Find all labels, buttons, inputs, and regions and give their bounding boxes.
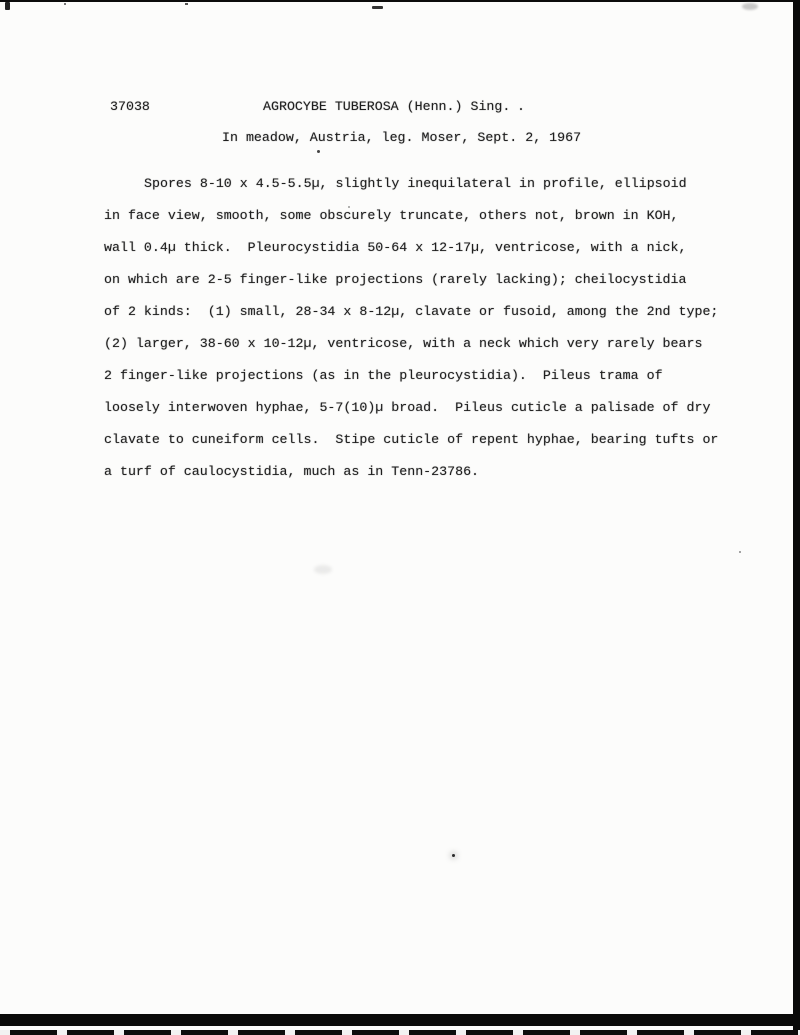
- collection-line: In meadow, Austria, leg. Moser, Sept. 2,…: [222, 130, 581, 145]
- typed-line: clavate to cuneiform cells. Stipe cuticl…: [104, 424, 718, 456]
- typed-line: Spores 8-10 x 4.5-5.5µ, slightly inequil…: [104, 168, 718, 200]
- typed-line: a turf of caulocystidia, much as in Tenn…: [104, 456, 718, 488]
- typed-line: loosely interwoven hyphae, 5-7(10)µ broa…: [104, 392, 718, 424]
- typed-line: on which are 2-5 finger-like projections…: [104, 264, 718, 296]
- typed-line: in face view, smooth, some obscurely tru…: [104, 200, 718, 232]
- typed-line: 2 finger-like projections (as in the ple…: [104, 360, 718, 392]
- film-edge-bottom: [0, 1014, 800, 1026]
- scan-speck: [452, 854, 455, 857]
- typed-line: (2) larger, 38-60 x 10-12µ, ventricose, …: [104, 328, 718, 360]
- scan-speck: [372, 6, 383, 9]
- scan-speck: [5, 2, 10, 10]
- scan-speck: [185, 3, 188, 5]
- scan-smudge: [742, 3, 758, 10]
- film-edge-right: [793, 0, 800, 1035]
- scan-smudge: [314, 565, 332, 574]
- description-paragraph: Spores 8-10 x 4.5-5.5µ, slightly inequil…: [104, 168, 718, 488]
- typed-line: wall 0.4µ thick. Pleurocystidia 50-64 x …: [104, 232, 718, 264]
- scan-speck: [64, 3, 66, 5]
- film-sprocket-marks: [0, 1030, 800, 1035]
- scan-speck: [348, 206, 350, 208]
- species-title: AGROCYBE TUBEROSA (Henn.) Sing.: [263, 99, 510, 114]
- scanned-specimen-card: 37038 AGROCYBE TUBEROSA (Henn.) Sing. . …: [0, 0, 800, 1035]
- scan-speck: [317, 150, 320, 153]
- accession-number: 37038: [110, 99, 150, 114]
- stray-period: .: [517, 99, 525, 114]
- typed-line: of 2 kinds: (1) small, 28-34 x 8-12µ, cl…: [104, 296, 718, 328]
- film-edge-top: [0, 0, 800, 2]
- scan-speck: [739, 551, 741, 553]
